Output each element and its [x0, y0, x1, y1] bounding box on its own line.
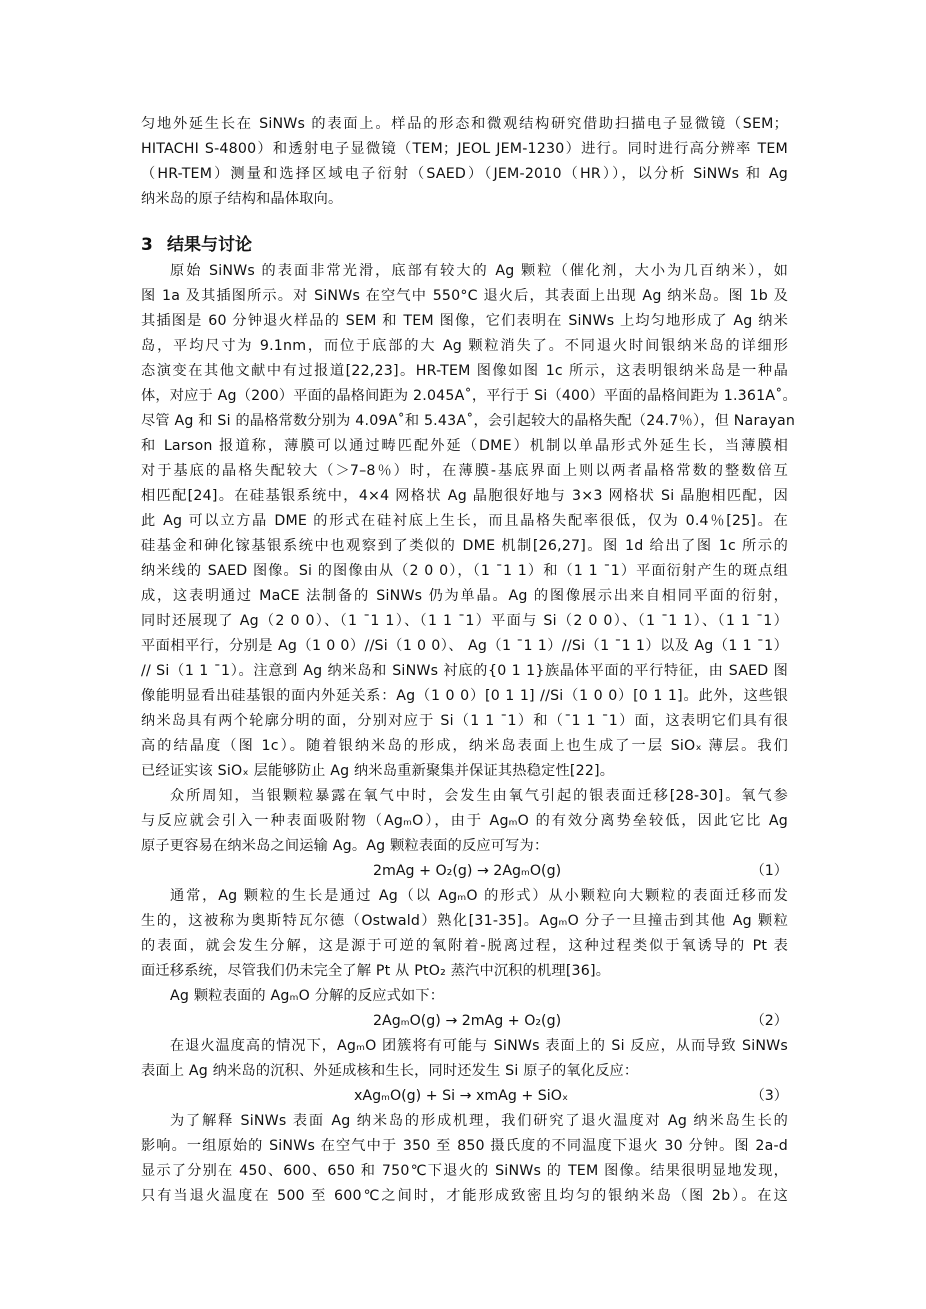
text-line: 影响。一组原始的 SiNWs 在空气中于 350 至 850 摄氏度的不同温度下…	[141, 1134, 788, 1159]
text-line: 同时还展现了 Ag（2 0 0）、（1 ¯1 1）、（1 1 ¯1）平面与 Si…	[141, 609, 788, 634]
text-line: 纳米岛具有两个轮廓分明的面，分别对应于 Si（1 1 ¯1）和（¯1 1 ¯1）…	[141, 709, 788, 734]
text-line: 在退火温度高的情况下，AgₘO 团簇将有可能与 SiNWs 表面上的 Si 反应…	[141, 1034, 788, 1059]
text-line: // Si（1 1 ¯1）。注意到 Ag 纳米岛和 SiNWs 衬底的{0 1 …	[141, 659, 788, 684]
text-line: 硅基金和砷化镓基银系统中也观察到了类似的 DME 机制[26,27]。图 1d …	[141, 534, 788, 559]
text-line: 像能明显看出硅基银的面内外延关系：Ag（1 0 0）[0 1 1] //Si（1…	[141, 684, 788, 709]
text-line: 的表面，就会发生分解，这是源于可逆的氧附着-脱离过程，这种过程类似于氧诱导的 P…	[141, 934, 788, 959]
equation-expression: xAgₘO(g) + Si → xmAg + SiOₓ	[354, 1084, 568, 1109]
text-line: 原始 SiNWs 的表面非常光滑，底部有较大的 Ag 颗粒（催化剂，大小为几百纳…	[141, 259, 788, 284]
text-line: 态演变在其他文献中有过报道[22,23]。HR-TEM 图像如图 1c 所示，这…	[141, 359, 788, 384]
text-line: 纳米线的 SAED 图像。Si 的图像由从（2 0 0），（1 ¯1 1）和（1…	[141, 559, 788, 584]
equation-1: 2mAg + O₂(g) → 2AgₘO(g) （1）	[141, 859, 788, 884]
text-line: 面迁移系统，尽管我们仍未完全了解 Pt 从 PtO₂ 蒸汽中沉积的机理[36]。	[141, 959, 788, 984]
section-heading: 3结果与讨论	[141, 231, 788, 259]
text-line: 已经证实该 SiOₓ 层能够防止 Ag 纳米岛重新聚集并保证其热稳定性[22]。	[141, 759, 788, 784]
text-line: 平面相平行，分别是 Ag（1 0 0）//Si（1 0 0）、 Ag（1 ¯1 …	[141, 634, 788, 659]
text-line: 原子更容易在纳米岛之间运输 Ag。Ag 颗粒表面的反应可写为：	[141, 834, 788, 859]
text-line: 众所周知，当银颗粒暴露在氧气中时，会发生由氧气引起的银表面迁移[28-30]。氧…	[141, 784, 788, 809]
text-line: 成，这表明通过 MaCE 法制备的 SiNWs 仍为单晶。Ag 的图像展示出来自…	[141, 584, 788, 609]
text-line: Ag 颗粒表面的 AgₘO 分解的反应式如下：	[141, 984, 788, 1009]
text-line: 只有当退火温度在 500 至 600℃之间时，才能形成致密且均匀的银纳米岛（图 …	[141, 1184, 788, 1209]
text-line: 尽管 Ag 和 Si 的晶格常数分别为 4.09A˚和 5.43A˚，会引起较大…	[141, 409, 788, 434]
text-line: 表面上 Ag 纳米岛的沉积、外延成核和生长，同时还发生 Si 原子的氧化反应：	[141, 1059, 788, 1084]
text-line: 纳米岛的原子结构和晶体取向。	[141, 187, 788, 212]
equation-number: （2）	[751, 1009, 788, 1034]
text-line: 对于基底的晶格失配较大（＞7–8％）时，在薄膜-基底界面上则以两者晶格常数的整数…	[141, 459, 788, 484]
equation-number: （3）	[751, 1084, 788, 1109]
text-line: 和 Larson 报道称，薄膜可以通过畴匹配外延（DME）机制以单晶形式外延生长…	[141, 434, 788, 459]
spacer	[141, 212, 788, 231]
text-line: 匀地外延生长在 SiNWs 的表面上。样品的形态和微观结构研究借助扫描电子显微镜…	[141, 112, 788, 137]
paragraph-2: 众所周知，当银颗粒暴露在氧气中时，会发生由氧气引起的银表面迁移[28-30]。氧…	[141, 784, 788, 859]
text-line: 图 1a 及其插图所示。对 SiNWs 在空气中 550°C 退火后，其表面上出…	[141, 284, 788, 309]
section-number: 3	[141, 231, 167, 259]
text-line: 相匹配[24]。在硅基银系统中，4×4 网格状 Ag 晶胞很好地与 3×3 网格…	[141, 484, 788, 509]
text-line: 为了解释 SiNWs 表面 Ag 纳米岛的形成机理，我们研究了退火温度对 Ag …	[141, 1109, 788, 1134]
section-title: 结果与讨论	[167, 235, 252, 255]
paragraph-6: 为了解释 SiNWs 表面 Ag 纳米岛的形成机理，我们研究了退火温度对 Ag …	[141, 1109, 788, 1209]
paragraph-3: 通常，Ag 颗粒的生长是通过 Ag（以 AgₘO 的形式）从小颗粒向大颗粒的表面…	[141, 884, 788, 984]
equation-expression: 2mAg + O₂(g) → 2AgₘO(g)	[373, 859, 561, 884]
paragraph-1: 原始 SiNWs 的表面非常光滑，底部有较大的 Ag 颗粒（催化剂，大小为几百纳…	[141, 259, 788, 784]
text-line: 显示了分别在 450、600、650 和 750℃下退火的 SiNWs 的 TE…	[141, 1159, 788, 1184]
equation-2: 2AgₘO(g) → 2mAg + O₂(g) （2）	[141, 1009, 788, 1034]
text-line: 此 Ag 可以立方晶 DME 的形式在硅衬底上生长，而且晶格失配率很低，仅为 0…	[141, 509, 788, 534]
text-line: （HR-TEM）测量和选择区域电子衍射（SAED）（JEM-2010（HR）），…	[141, 162, 788, 187]
paragraph-5: 在退火温度高的情况下，AgₘO 团簇将有可能与 SiNWs 表面上的 Si 反应…	[141, 1034, 788, 1084]
text-line: 生的，这被称为奥斯特瓦尔德（Ostwald）熟化[31-35]。AgₘO 分子一…	[141, 909, 788, 934]
text-line: 高的结晶度（图 1c）。随着银纳米岛的形成，纳米岛表面上也生成了一层 SiOₓ …	[141, 734, 788, 759]
equation-expression: 2AgₘO(g) → 2mAg + O₂(g)	[373, 1009, 561, 1034]
intro-paragraph: 匀地外延生长在 SiNWs 的表面上。样品的形态和微观结构研究借助扫描电子显微镜…	[141, 112, 788, 212]
equation-3: xAgₘO(g) + Si → xmAg + SiOₓ （3）	[141, 1084, 788, 1109]
text-line: 与反应就会引入一种表面吸附物（AgₘO），由于 AgₘO 的有效分离势垒较低，因…	[141, 809, 788, 834]
equation-number: （1）	[751, 859, 788, 884]
text-line: 岛，平均尺寸为 9.1nm，而位于底部的大 Ag 颗粒消失了。不同退火时间银纳米…	[141, 334, 788, 359]
text-line: HITACHI S-4800）和透射电子显微镜（TEM；JEOL JEM-123…	[141, 137, 788, 162]
text-line: 通常，Ag 颗粒的生长是通过 Ag（以 AgₘO 的形式）从小颗粒向大颗粒的表面…	[141, 884, 788, 909]
paragraph-4: Ag 颗粒表面的 AgₘO 分解的反应式如下：	[141, 984, 788, 1009]
document-page: 匀地外延生长在 SiNWs 的表面上。样品的形态和微观结构研究借助扫描电子显微镜…	[141, 112, 788, 1209]
text-line: 其插图是 60 分钟退火样品的 SEM 和 TEM 图像，它们表明在 SiNWs…	[141, 309, 788, 334]
text-line: 体，对应于 Ag（200）平面的晶格间距为 2.045A˚，平行于 Si（400…	[141, 384, 788, 409]
